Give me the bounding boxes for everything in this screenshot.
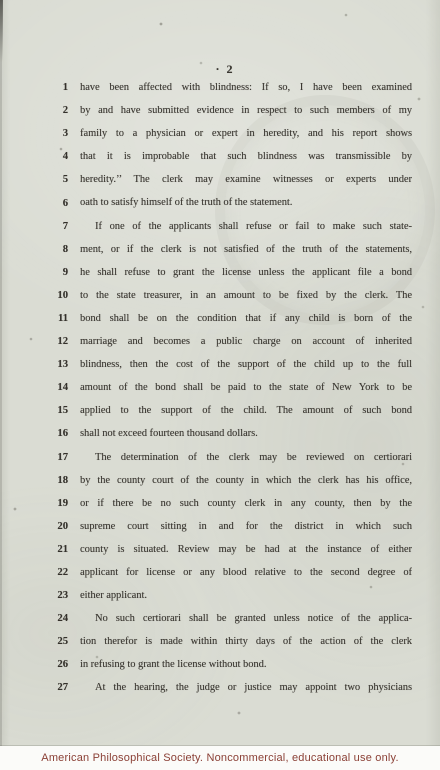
line-text: by the county court of the county in whi… bbox=[80, 469, 412, 492]
line-number: 24 bbox=[0, 613, 68, 624]
line-number: 21 bbox=[0, 544, 68, 555]
text-line: 16shall not exceed fourteen thousand dol… bbox=[0, 422, 440, 445]
line-text: by and have submitted evidence in respec… bbox=[80, 99, 412, 122]
line-number: 9 bbox=[0, 267, 68, 278]
footer-caption: American Philosophical Society. Noncomme… bbox=[41, 752, 398, 764]
line-number: 5 bbox=[0, 174, 68, 185]
line-text: The determination of the clerk may be re… bbox=[80, 446, 412, 469]
text-line: 2by and have submitted evidence in respe… bbox=[0, 99, 440, 122]
line-text: oath to satisfy himself of the truth of … bbox=[80, 191, 412, 214]
line-number: 22 bbox=[0, 567, 68, 578]
line-text: shall not exceed fourteen thousand dolla… bbox=[80, 422, 412, 445]
line-text: to the state treasurer, in an amount to … bbox=[80, 284, 412, 307]
text-line: 7If one of the applicants shall refuse o… bbox=[0, 215, 440, 238]
line-number: 1 bbox=[0, 82, 68, 93]
line-text: tion therefor is made within thirty days… bbox=[80, 630, 412, 653]
line-text: applied to the support of the child. The… bbox=[80, 399, 412, 422]
text-line: 8ment, or if the clerk is not satisfied … bbox=[0, 238, 440, 261]
line-text: bond shall be on the condition that if a… bbox=[80, 307, 412, 330]
line-number: 7 bbox=[0, 221, 68, 232]
text-line: 26in refusing to grant the license witho… bbox=[0, 653, 440, 676]
line-number: 26 bbox=[0, 659, 68, 670]
line-number: 11 bbox=[0, 313, 68, 324]
line-number: 20 bbox=[0, 521, 68, 532]
line-number: 8 bbox=[0, 244, 68, 255]
line-text: ment, or if the clerk is not satisfied o… bbox=[80, 238, 412, 261]
line-number: 23 bbox=[0, 590, 68, 601]
text-line: 6oath to satisfy himself of the truth of… bbox=[0, 191, 440, 214]
text-line: 5heredity.’’ The clerk may examine witne… bbox=[0, 168, 440, 191]
line-number: 19 bbox=[0, 498, 68, 509]
line-number: 17 bbox=[0, 452, 68, 463]
line-text: heredity.’’ The clerk may examine witnes… bbox=[80, 168, 412, 191]
line-number: 25 bbox=[0, 636, 68, 647]
line-text: marriage and becomes a public charge on … bbox=[80, 330, 412, 353]
line-text: No such certiorari shall be granted unle… bbox=[80, 607, 412, 630]
text-line: 22applicant for license or any blood rel… bbox=[0, 561, 440, 584]
text-line: 15applied to the support of the child. T… bbox=[0, 399, 440, 422]
text-line: 25tion therefor is made within thirty da… bbox=[0, 630, 440, 653]
text-line: 17The determination of the clerk may be … bbox=[0, 446, 440, 469]
line-text: county is situated. Review may be had at… bbox=[80, 538, 412, 561]
line-number: 6 bbox=[0, 198, 68, 209]
text-line: 27At the hearing, the judge or justice m… bbox=[0, 676, 440, 699]
text-line: 19or if there be no such county clerk in… bbox=[0, 492, 440, 515]
document-lines: 1have been affected with blindness: If s… bbox=[0, 76, 440, 700]
text-line: 10to the state treasurer, in an amount t… bbox=[0, 284, 440, 307]
line-text: family to a physician or expert in hered… bbox=[80, 122, 412, 145]
text-line: 24No such certiorari shall be granted un… bbox=[0, 607, 440, 630]
line-number: 2 bbox=[0, 105, 68, 116]
line-text: or if there be no such county clerk in a… bbox=[80, 492, 412, 515]
text-line: 3family to a physician or expert in here… bbox=[0, 122, 440, 145]
text-line: 12marriage and becomes a public charge o… bbox=[0, 330, 440, 353]
text-line: 9he shall refuse to grant the license un… bbox=[0, 261, 440, 284]
line-text: amount of the bond shall be paid to the … bbox=[80, 376, 412, 399]
text-line: 18by the county court of the county in w… bbox=[0, 469, 440, 492]
line-number: 16 bbox=[0, 428, 68, 439]
text-line: 4that it is improbable that such blindne… bbox=[0, 145, 440, 168]
line-number: 4 bbox=[0, 151, 68, 162]
line-text: applicant for license or any blood relat… bbox=[80, 561, 412, 584]
text-line: 1have been affected with blindness: If s… bbox=[0, 76, 440, 99]
scanned-page: · 2 1have been affected with blindness: … bbox=[0, 0, 440, 746]
page-number: · 2 bbox=[10, 62, 440, 77]
line-number: 27 bbox=[0, 682, 68, 693]
text-line: 21county is situated. Review may be had … bbox=[0, 538, 440, 561]
line-text: If one of the applicants shall refuse or… bbox=[80, 215, 412, 238]
line-text: supreme court sitting in and for the dis… bbox=[80, 515, 412, 538]
line-number: 10 bbox=[0, 290, 68, 301]
line-text: have been affected with blindness: If so… bbox=[80, 76, 412, 99]
text-line: 13blindness, then the cost of the suppor… bbox=[0, 353, 440, 376]
line-number: 3 bbox=[0, 128, 68, 139]
line-number: 13 bbox=[0, 359, 68, 370]
line-number: 18 bbox=[0, 475, 68, 486]
line-text: in refusing to grant the license without… bbox=[80, 653, 412, 676]
text-line: 11bond shall be on the condition that if… bbox=[0, 307, 440, 330]
text-line: 23either applicant. bbox=[0, 584, 440, 607]
footer-caption-bar: American Philosophical Society. Noncomme… bbox=[0, 746, 440, 770]
line-number: 12 bbox=[0, 336, 68, 347]
line-text: that it is improbable that such blindnes… bbox=[80, 145, 412, 168]
text-line: 14amount of the bond shall be paid to th… bbox=[0, 376, 440, 399]
line-text: At the hearing, the judge or justice may… bbox=[80, 676, 412, 699]
line-text: either applicant. bbox=[80, 584, 412, 607]
line-text: he shall refuse to grant the license unl… bbox=[80, 261, 412, 284]
line-text: blindness, then the cost of the support … bbox=[80, 353, 412, 376]
line-number: 14 bbox=[0, 382, 68, 393]
text-line: 20supreme court sitting in and for the d… bbox=[0, 515, 440, 538]
line-number: 15 bbox=[0, 405, 68, 416]
